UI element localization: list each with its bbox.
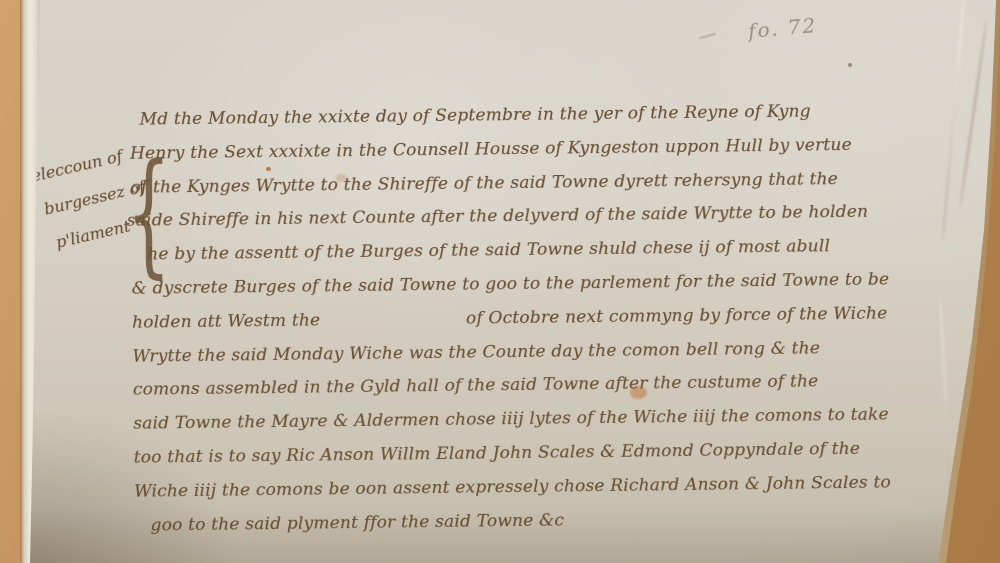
manuscript-page: fo. 72 { eleccoun of burgessez of p'liam… [0,0,1000,563]
manuscript-text: Md the Monday the xxixte day of Septembr… [129,94,914,543]
page-crease [959,19,988,208]
ink-speck [848,63,852,67]
page-crease [941,0,966,242]
photograph: fo. 72 { eleccoun of burgessez of p'liam… [0,0,1000,563]
folio-number: fo. 72 [747,13,818,43]
pencil-mark [699,33,716,40]
